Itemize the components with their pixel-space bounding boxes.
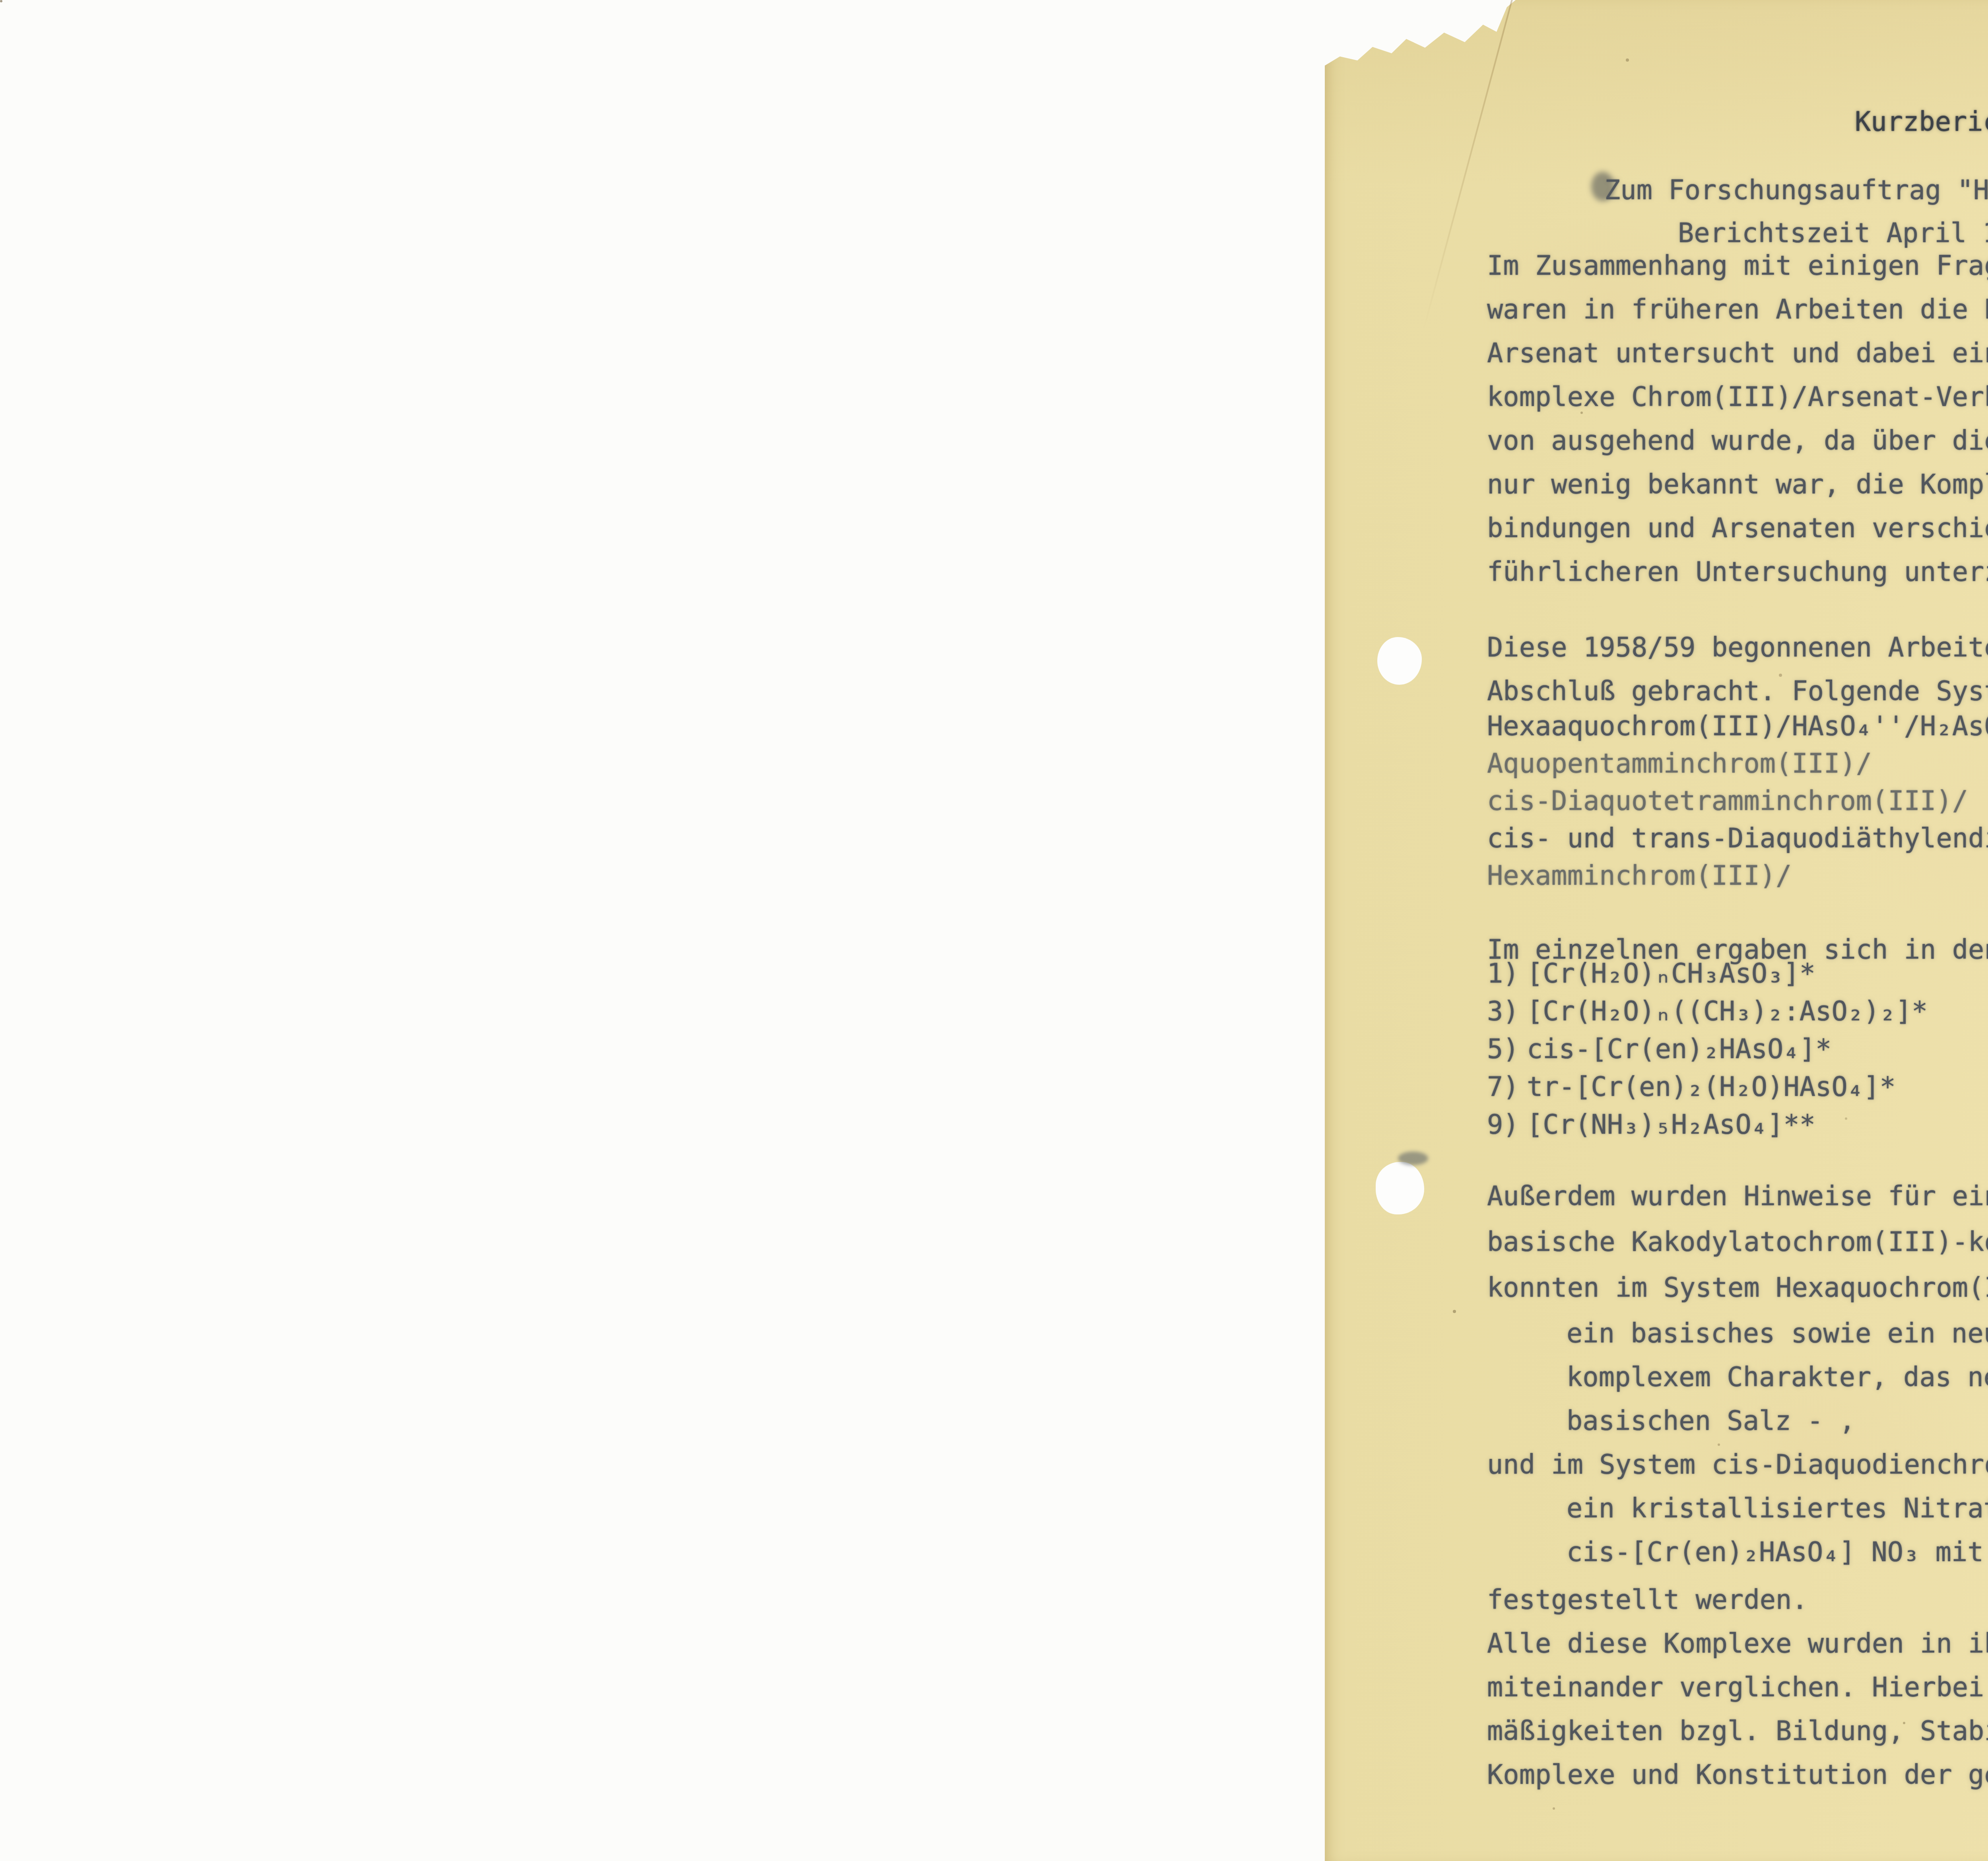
complex-item-formula: cis-[Cr(en)₂HAsO₄]* xyxy=(1527,1034,1831,1065)
complex-item-formula: [Cr(H₂O)ₙ((CH₃)₂:AsO₂)₂]* xyxy=(1527,996,1928,1027)
paper-specks xyxy=(0,0,2,2)
subtitle-line: Berichtszeit April 1960 bis März 1961 xyxy=(1678,218,1988,249)
paragraph-line: Alle diese Komplexe wurden in ihren Eige… xyxy=(1487,1628,1988,1659)
indented-line: cis-[Cr(en)₂HAsO₄] NO₃ mit 0 oder 1 Mol … xyxy=(1567,1537,1988,1568)
paragraph-line: mäßigkeiten bzgl. Bildung, Stabilität un… xyxy=(1487,1716,1988,1746)
system-line: Aquopentamminchrom(III)/ xyxy=(1487,748,1872,779)
ink-smudge xyxy=(1398,1152,1428,1165)
punch-hole-bottom xyxy=(1376,1162,1424,1214)
page-title: Kurzbericht xyxy=(1855,107,1988,137)
paragraph-line: miteinander verglichen. Hierbei ergaben … xyxy=(1487,1672,1988,1703)
complex-item-number: 7) xyxy=(1487,1072,1519,1102)
complex-item-number: 1) xyxy=(1487,958,1519,989)
paragraph-line: führlicheren Untersuchung unterzogen. xyxy=(1487,557,1988,587)
paragraph-line: Außerdem wurden Hinweise für einen tr-[C… xyxy=(1487,1181,1988,1212)
paragraph-line: Abschluß gebracht. Folgende Systeme wurd… xyxy=(1487,676,1988,707)
paragraph-line: konnten im System Hexaquochrom(III)/Meth… xyxy=(1487,1272,1988,1303)
paragraph-line: basische Kakodylatochrom(III)-komplexe g… xyxy=(1487,1227,1988,1257)
paragraph-line: von ausgehend wurde, da über die Komplex… xyxy=(1487,425,1988,456)
paragraph-line: waren in früheren Arbeiten die Bodenkörp… xyxy=(1487,294,1988,325)
system-line: cis-Diaquotetramminchrom(III)/ xyxy=(1487,786,1968,816)
paragraph-line: nur wenig bekannt war, die Komplexbildun… xyxy=(1487,469,1988,500)
indented-line: ein kristallisiertes Nitrat der Zusammen… xyxy=(1567,1493,1988,1524)
complex-item-formula: [Cr(H₂O)ₙCH₃AsO₃]* xyxy=(1527,958,1815,989)
indented-line: ein basisches sowie ein neutrales Chrom(… xyxy=(1567,1318,1988,1349)
subtitle-line: Zum Forschungsauftrag "Holzimprägnierung… xyxy=(1604,175,1988,206)
indented-line: basischen Salz - , xyxy=(1567,1406,1855,1436)
paragraph-line: Arsenat untersucht und dabei einige neue… xyxy=(1487,338,1988,369)
complex-item-number: 9) xyxy=(1487,1109,1519,1140)
indented-line: komplexem Charakter, das neutrale jedoch… xyxy=(1567,1362,1988,1393)
system-line: Hexaaquochrom(III)/HAsO₄''/H₂AsO₄', /CH₃… xyxy=(1487,711,1988,742)
paragraph-line: Diese 1958/59 begonnenen Arbeiten wurden… xyxy=(1487,632,1988,663)
complex-item-number: 5) xyxy=(1487,1034,1519,1065)
paragraph-line: Im Zusammenhang mit einigen Fragen des c… xyxy=(1487,251,1988,281)
paragraph-line: bindungen und Arsenaten verschiedenster … xyxy=(1487,513,1988,544)
system-line: cis- und trans-Diaquodiäthylendiaminchro… xyxy=(1487,823,1988,854)
paragraph-line: Komplexe und Konstitution der gewählten … xyxy=(1487,1760,1988,1790)
scanned-document: 2 0. MRZ. 1961 Kurzbericht Zum Forschung… xyxy=(0,0,1988,1861)
complex-item-number: 3) xyxy=(1487,996,1519,1027)
paragraph-line: festgestellt werden. xyxy=(1487,1585,1808,1615)
complex-item-formula: [Cr(NH₃)₅H₂AsO₄]** xyxy=(1527,1109,1815,1140)
system-line: Hexamminchrom(III)/ xyxy=(1487,861,1792,891)
paragraph-line: komplexe Chrom(III)/Arsenat-Verbindungen… xyxy=(1487,382,1988,412)
paragraph-line: und im System cis-Diaquodienchrom(III)/M… xyxy=(1487,1449,1988,1480)
complex-item-formula: tr-[Cr(en)₂(H₂O)HAsO₄]* xyxy=(1527,1072,1896,1102)
